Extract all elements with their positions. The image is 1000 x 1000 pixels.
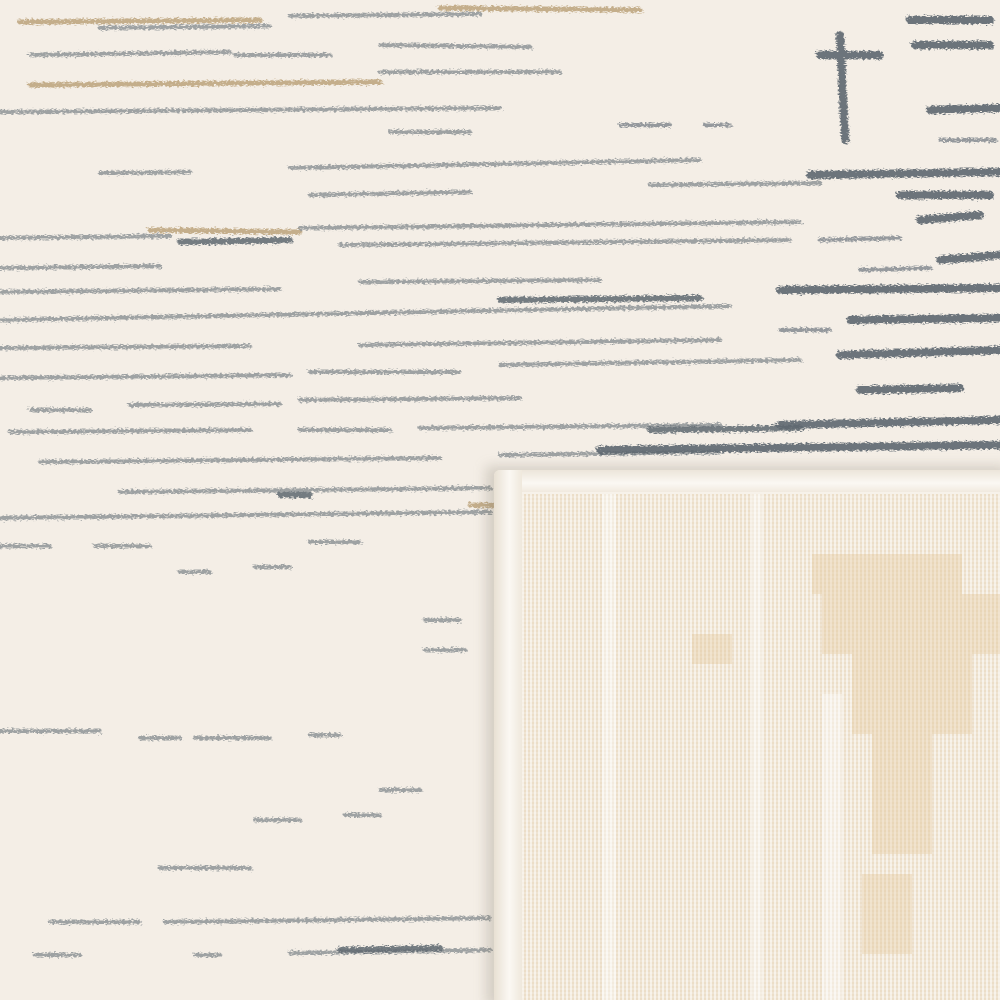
rug-photo	[0, 0, 1000, 1000]
back-faded-pattern	[522, 494, 1000, 1000]
fold-binding-top-edge	[494, 470, 1000, 492]
fold-binding-left-edge	[494, 470, 522, 1000]
